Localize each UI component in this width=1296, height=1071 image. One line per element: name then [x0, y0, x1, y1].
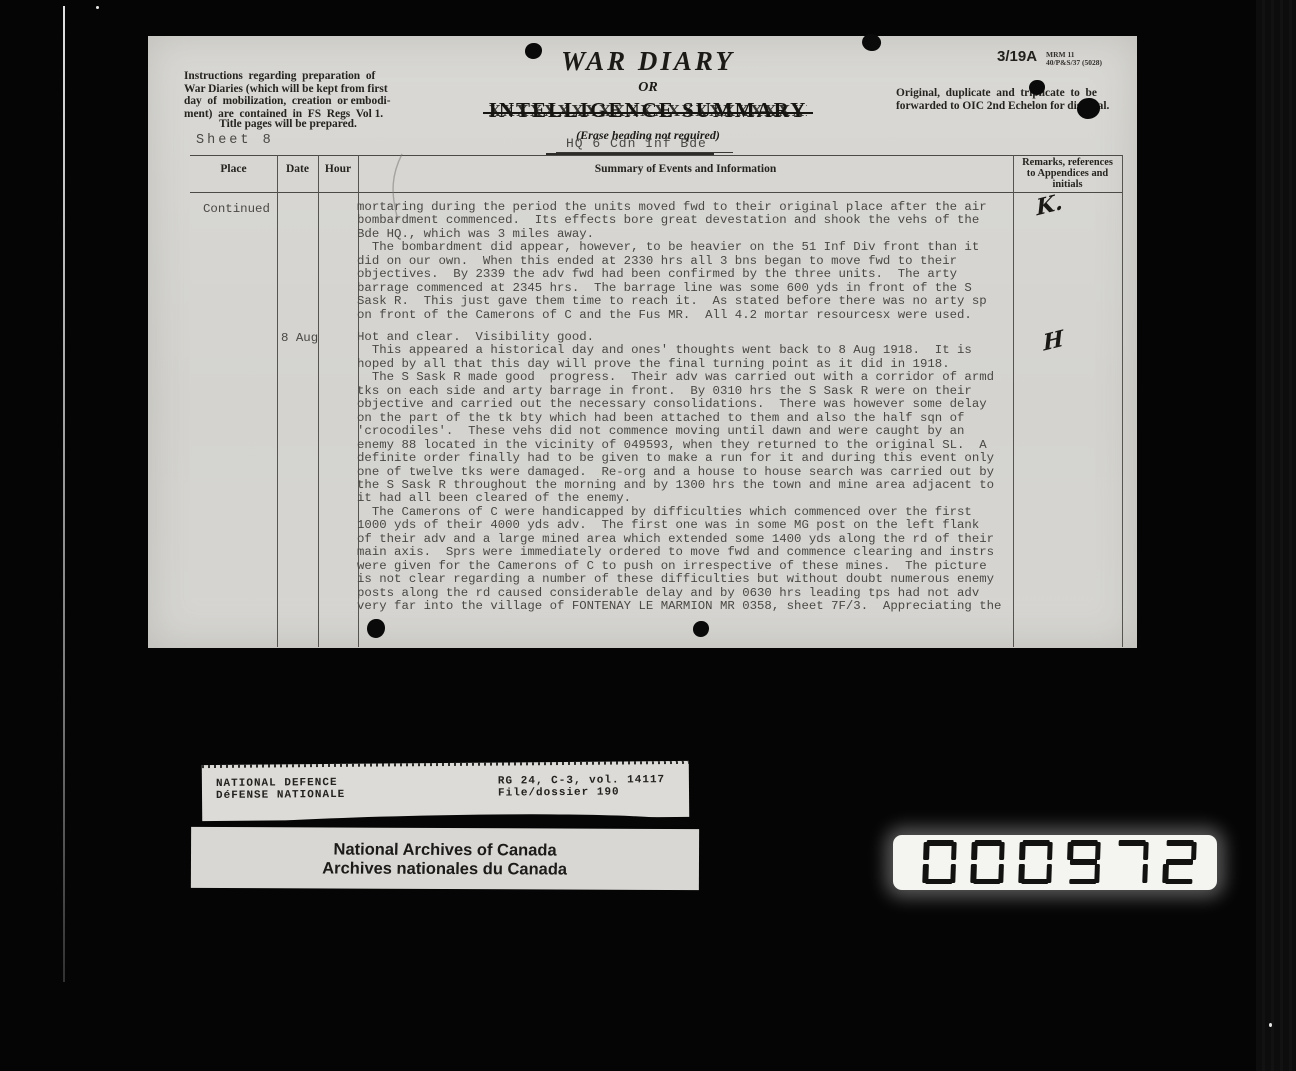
- strikeout-line: [483, 112, 814, 115]
- counter-digit: [1162, 840, 1197, 884]
- form-print-codes: MRM 11 40/P&S/37 (5028): [1046, 51, 1102, 67]
- film-scratch-line: [63, 6, 65, 982]
- counter-digit: [1114, 840, 1149, 884]
- film-edge-band: [1256, 0, 1296, 1071]
- form-title-intelligence-summary: INTELLIGENCE SUMMARY XXXXXXXXXXXXXXXXXXX…: [489, 98, 808, 123]
- title-pages-note: Title pages will be prepared.: [188, 118, 388, 130]
- column-header-place: Place: [190, 163, 277, 175]
- war-diary-sheet: Instructions regarding preparation of Wa…: [148, 36, 1137, 648]
- national-archives-label: National Archives of Canada Archives nat…: [191, 827, 699, 890]
- unit-designation: HQ 6 Cdn Inf Bde: [556, 136, 733, 153]
- counter-digit: [922, 840, 957, 884]
- national-archives-text: National Archives of Canada Archives nat…: [190, 827, 699, 879]
- punch-hole: [693, 621, 709, 637]
- column-header-date: Date: [277, 163, 318, 175]
- handwritten-initial: K.: [1035, 189, 1063, 222]
- form-title-block: WAR DIARY OR INTELLIGENCE SUMMARY XXXXXX…: [468, 46, 828, 143]
- punch-hole: [367, 619, 385, 638]
- frame-counter-digits: [922, 840, 1197, 884]
- column-divider-date-hour: [318, 155, 319, 647]
- label-perforation-edge: [202, 761, 689, 768]
- archive-reference-text: RG 24, C-3, vol. 14117 File/dossier 190: [498, 774, 665, 799]
- entry-date-value: 8 Aug: [281, 331, 318, 345]
- entry-place-value: Continued: [203, 202, 270, 216]
- microfilm-frame: Instructions regarding preparation of Wa…: [0, 0, 1296, 1071]
- diary-entry-text: Hot and clear. Visibility good. This app…: [357, 331, 1017, 614]
- column-header-hour: Hour: [318, 163, 358, 175]
- column-header-summary: Summary of Events and Information: [358, 163, 1013, 175]
- column-header-remarks: Remarks, references to Appendices and in…: [1011, 157, 1124, 190]
- diary-entry-text: mortaring during the period the units mo…: [357, 201, 1017, 322]
- defence-department-text: NATIONAL DEFENCE DéFENSE NATIONALE: [216, 777, 345, 802]
- table-right-border: [1122, 155, 1123, 647]
- form-title-war-diary: WAR DIARY: [468, 46, 828, 77]
- counter-digit: [1066, 840, 1101, 884]
- ink-blot: [860, 31, 884, 53]
- instructions-note: Instructions regarding preparation of Wa…: [184, 70, 414, 120]
- sheet-number: Sheet 8: [196, 133, 274, 148]
- counter-digit: [1018, 840, 1053, 884]
- film-speck: [96, 6, 99, 9]
- handwritten-initial: H: [1042, 325, 1064, 356]
- column-divider-place-date: [277, 155, 278, 647]
- national-defence-label: NATIONAL DEFENCE DéFENSE NATIONALE RG 24…: [202, 761, 689, 821]
- ink-blot: [1077, 98, 1100, 119]
- table-header-rule: [190, 192, 1122, 193]
- table-top-rule: [190, 155, 1122, 156]
- unit-underline: [546, 153, 714, 155]
- form-number: 3/19A: [997, 48, 1037, 65]
- film-speck: [1269, 1023, 1272, 1027]
- counter-digit: [970, 840, 1005, 884]
- frame-counter: [893, 835, 1217, 890]
- form-title-or: OR: [468, 80, 828, 96]
